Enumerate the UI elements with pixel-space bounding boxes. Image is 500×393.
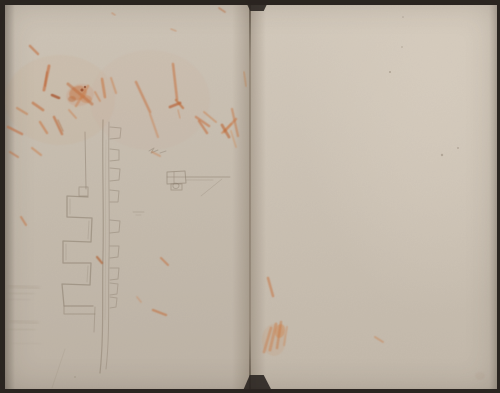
left-page [5, 5, 250, 389]
center-fold-crease [249, 5, 251, 389]
right-page [250, 5, 497, 389]
scanned-sketchbook-spread [0, 0, 500, 393]
